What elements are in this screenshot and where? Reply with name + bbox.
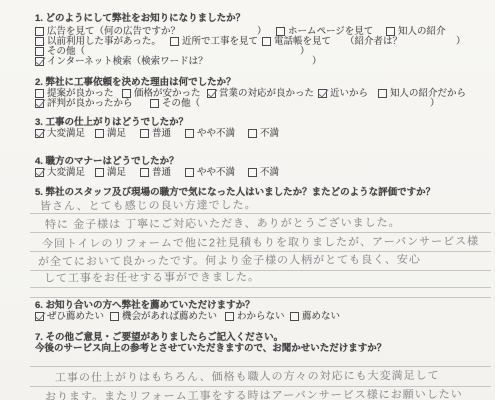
option-recommend-label: ぜひ薦めたい — [47, 311, 104, 322]
handwritten-comment-line: が全てにおいて良かったです。何より金子様の人柄がとても良く、安心 — [38, 254, 421, 269]
option-recommend-maybe-label: 機会があれば薦めたい — [122, 311, 217, 322]
question-4-title: 4. 職方のマナーはどうでしたか？ — [35, 156, 491, 167]
checkbox-q3-dissatisfied — [248, 129, 257, 138]
option-reputation-label: 評判が良かったから — [47, 98, 133, 109]
option-recommend-maybe: 機会があれば薦めたい — [110, 311, 217, 322]
handwritten-comment-line: して工事をお任せする事ができました。 — [44, 271, 260, 285]
checkbox-saw-construction — [170, 37, 179, 46]
other-q2-paren-close: ） — [430, 98, 440, 109]
writing-rule-line — [30, 297, 491, 298]
checkbox-phonebook — [262, 37, 271, 46]
writing-rule-line — [30, 213, 491, 214]
checkbox-internet — [35, 57, 44, 66]
writing-rule-line — [30, 270, 491, 271]
checkbox-q3-slightly-dissatisfied — [185, 129, 194, 138]
checkbox-referral — [386, 27, 395, 36]
option-recommend-unknown: わからない — [225, 311, 285, 322]
handwritten-comment-line: 皆さん、とても感じの良い方達でした。 — [40, 199, 257, 213]
writing-rule-line — [30, 386, 491, 387]
scanned-survey-document: 1. どのようにして弊社をお知りになりましたか？ 広告を見て（何の広告ですか？ … — [0, 0, 495, 400]
option-recommend-no-label: 薦めない — [302, 311, 340, 322]
option-q4-very-satisfied: 大変満足 — [35, 167, 85, 178]
checkbox-reputation — [35, 99, 44, 108]
option-other-q2: その他（ — [150, 98, 200, 109]
option-q3-satisfied: 満足 — [95, 128, 126, 139]
option-q4-dissatisfied: 不満 — [248, 167, 279, 178]
option-q4-satisfied: 満足 — [95, 167, 126, 178]
question-5-title: 5. 弊社のスタッフ及び現場の職方で気になった人はいましたか？またどのような評価… — [35, 187, 491, 198]
writing-rule-line — [30, 232, 491, 233]
writing-rule-line — [30, 366, 491, 367]
option-q3-dissatisfied: 不満 — [248, 128, 279, 139]
question-4-row: 大変満足 満足 普通 やや不満 不満 — [0, 167, 495, 179]
checkbox-recommend — [35, 312, 44, 321]
question-2-title: 2. 弊社に工事依頼を決めた理由は何でしたか？ — [35, 77, 491, 88]
question-7-title: 7. その他ご意見・ご要望がありましたらご記入ください。 — [35, 332, 491, 343]
handwritten-comment-line: 工事の仕上がりはもちろん、価格も職人の方々の対応にも大変満足して — [55, 370, 440, 385]
handwritten-comment-line: 特に 金子様は 丁寧にご対応いただき、ありがとうございました。 — [45, 217, 401, 232]
option-recommend: ぜひ薦めたい — [35, 311, 104, 322]
checkbox-ad — [35, 27, 44, 36]
checkbox-near — [318, 89, 327, 98]
question-3-title: 3. 工事の仕上がりはどうでしたか？ — [35, 117, 491, 128]
checkbox-q3-very-satisfied — [35, 129, 44, 138]
internet-paren-close: ） — [312, 56, 322, 67]
option-q3-slightly-dissatisfied-label: やや不満 — [197, 128, 235, 139]
option-q4-slightly-dissatisfied-label: やや不満 — [197, 167, 235, 178]
checkbox-homepage — [276, 27, 285, 36]
question-6-title: 6. お知り合いの方へ弊社を薦めていただけますか？ — [35, 300, 491, 311]
option-q3-satisfied-label: 満足 — [107, 128, 126, 139]
question-3-row: 大変満足 満足 普通 やや不満 不満 — [0, 128, 495, 140]
checkbox-used-before — [35, 37, 44, 46]
writing-rule-line — [30, 251, 491, 252]
option-recommend-unknown-label: わからない — [237, 311, 285, 322]
option-q4-slightly-dissatisfied: やや不満 — [185, 167, 235, 178]
question-6-row: ぜひ薦めたい 機会があれば薦めたい わからない 薦めない — [0, 311, 495, 323]
option-q4-satisfied-label: 満足 — [107, 167, 126, 178]
checkbox-q4-dissatisfied — [248, 168, 257, 177]
question-1-row-4: インターネット検索（検索ワードは？ ） — [0, 56, 495, 68]
option-q3-dissatisfied-label: 不満 — [260, 128, 279, 139]
option-q4-dissatisfied-label: 不満 — [260, 167, 279, 178]
option-q3-normal: 普通 — [140, 128, 171, 139]
option-q3-very-satisfied: 大変満足 — [35, 128, 85, 139]
option-q4-very-satisfied-label: 大変満足 — [47, 167, 85, 178]
option-recommend-no: 薦めない — [290, 311, 340, 322]
question-7-subtitle: 今後のサービス向上の参考とさせていただきますので、お聞かせいただけますか？ — [35, 343, 491, 354]
checkbox-recommend-no — [290, 312, 299, 321]
handwritten-comment-line: 今回トイレのリフォームで他に2社見積もりを取りましたが、アーバンサービス様 — [42, 236, 479, 252]
checkbox-q4-very-satisfied — [35, 168, 44, 177]
checkbox-price — [122, 89, 131, 98]
checkbox-q4-satisfied — [95, 168, 104, 177]
option-q4-normal-label: 普通 — [152, 167, 171, 178]
option-q3-slightly-dissatisfied: やや不満 — [185, 128, 235, 139]
option-reputation: 評判が良かったから — [35, 98, 133, 109]
writing-rule-line — [30, 287, 491, 288]
checkbox-q4-slightly-dissatisfied — [185, 168, 194, 177]
option-other-q2-label: その他（ — [162, 98, 200, 109]
handwritten-comment-line: おります。またリフォーム工事をする時はアーバンサービス様にお願いしたい — [45, 389, 463, 400]
option-q3-very-satisfied-label: 大変満足 — [47, 128, 85, 139]
checkbox-q4-normal — [140, 168, 149, 177]
checkbox-recommend-maybe — [110, 312, 119, 321]
checkbox-sales — [207, 89, 216, 98]
checkbox-recommend-unknown — [225, 312, 234, 321]
option-internet-label: インターネット検索（検索ワードは？ — [47, 56, 208, 67]
question-1-title: 1. どのようにして弊社をお知りになりましたか？ — [35, 13, 491, 24]
checkbox-q3-normal — [140, 129, 149, 138]
option-internet: インターネット検索（検索ワードは？ — [35, 56, 208, 67]
checkbox-referral-q2 — [378, 89, 387, 98]
checkbox-q3-satisfied — [95, 129, 104, 138]
option-q3-normal-label: 普通 — [152, 128, 171, 139]
option-q4-normal: 普通 — [140, 167, 171, 178]
question-2-row-2: 評判が良かったから その他（ ） — [0, 98, 495, 110]
checkbox-other-q2 — [150, 99, 159, 108]
